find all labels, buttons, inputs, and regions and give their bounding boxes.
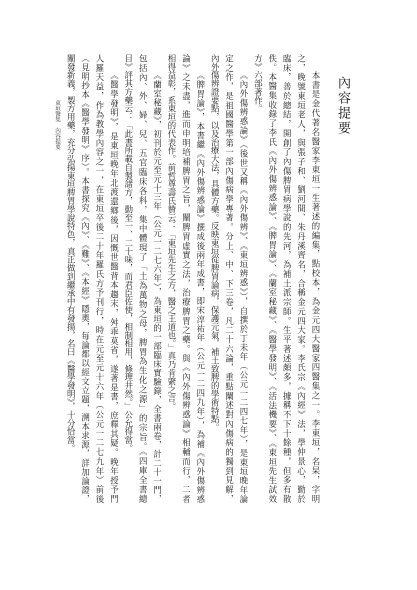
footer-book-title: 東垣醫集 xyxy=(54,100,60,122)
text-column: 臨床，善於總結，開創了內傷脾胃病學說的先河，為補土派宗師。生平著述頗多，據稱不下… xyxy=(281,54,293,503)
text-column: 人羅天益，作為教學內容之一，在東垣卒後二十年羅氏方予刊行，時在元至元十六年（公元… xyxy=(94,54,106,503)
text-column: 內外傷辨證要點，以及治療大法，具體方藥。反映東垣從脾胃論病，保護元氣，補土致脾的… xyxy=(209,54,221,432)
text-column: 包括內、外、婦、兒、五官臨床各科，集中體現了「土為萬物之母，脾胃為生化之源」的宗… xyxy=(137,54,149,503)
text-column: 《脾胃論》，本書繼《內外傷辨惑論》撰成後兩年成書，即宋淳祐年（公元一二四九年），… xyxy=(195,71,207,503)
text-column: 相得益彰，系東垣的代表作。前哲尊壽氏贊云：「東垣先生之方，醫之王道也。」真乃肯綮… xyxy=(166,54,178,411)
text-column: 闡發新義，製方用藥，充分弘揚東垣脾胃學說特色，真正做到繼承中有發揚，名曰《醫學發… xyxy=(65,54,77,453)
text-column: 之，晚號東垣老人，與張子和、劉河間、朱丹溪齊名，合稱金元四大家。李氏宗《內經》法… xyxy=(296,54,308,503)
text-column: 論》之未盡，進而申明培補脾胃之旨，闡脾胃虛實之法，治療脾胃之藥。與《內外傷辨惑論… xyxy=(180,54,192,503)
text-column: 本書是金代著名醫家李東垣一生著述的編集，點校本，為金元四大醫家四醫集之一。李東垣… xyxy=(310,71,322,503)
text-column: （見明抄本《醫學發明》序）。本書探究《內》、《難》、《本經》隱奧，每論都以經文立… xyxy=(80,54,92,503)
text-column: 定之作，是祖國醫學第一部內傷病學專著。分上、中、下三卷，凡二十六論，重點闡述對內… xyxy=(224,54,236,503)
text-column: 《醫學發明》，是東垣晚年北渡還鄉後，因慨世醫背本趨末，舛乖莫省，遂著是書，庶釋其… xyxy=(108,71,120,503)
text-column: 《蘭室秘藏》，初刊於元至元十三年（公元一二七六年），為東垣的一部臨床實驗錄，全書… xyxy=(152,71,164,503)
text-column: 佚。本醫集收錄了李氏《內外傷辨惑論》、《脾胃論》、《蘭室秘藏》、《醫學發明》、《… xyxy=(267,54,279,503)
page-title: 內容提要 xyxy=(334,76,350,136)
text-column: 方》六部著作。 xyxy=(252,54,264,113)
footer-section-title: 內容提要 xyxy=(54,127,60,149)
book-page: 內容提要 本書是金代著名醫家李東垣一生著述的編集，點校本，為金元四大醫家四醫集之… xyxy=(0,0,417,590)
text-column: 目》評其方藥云：「此書所載自製諸方，動至一、二十味，而君臣佐使，相制相用，條理井… xyxy=(123,54,135,453)
text-column: 《內外傷辨惑論》（後世又稱《內外傷辨》、《東垣辨惑》），自撰於丁未年（公元一二四… xyxy=(238,71,250,503)
running-footer: 東垣醫集內容提要 xyxy=(52,100,61,150)
